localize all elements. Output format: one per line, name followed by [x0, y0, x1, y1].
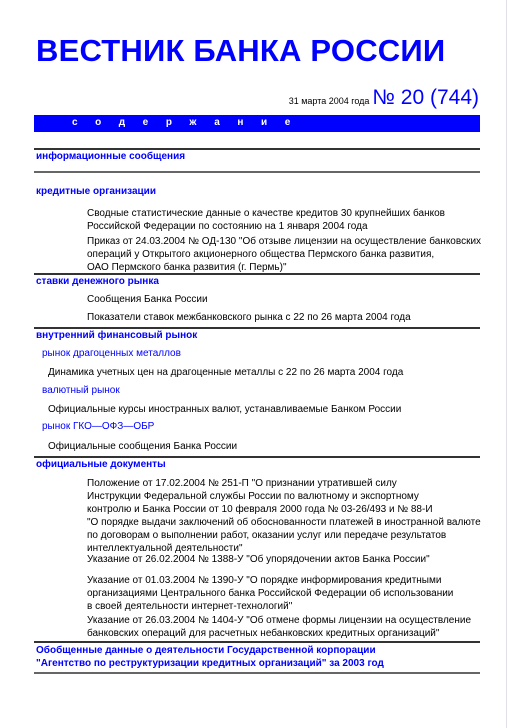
journal-title: ВЕСТНИК БАНКА РОССИИ: [36, 33, 445, 69]
contents-label: содержание: [72, 117, 308, 128]
divider: [34, 672, 480, 674]
toc-item-line: операций у Открытого акционерного общест…: [87, 248, 481, 261]
toc-item[interactable]: Указание от 26.03.2004 № 1404-У "Об отме…: [87, 614, 471, 640]
toc-item-line: Инструкции Федеральной службы России по …: [87, 490, 481, 503]
toc-item-line: Сводные статистические данные о качестве…: [87, 207, 445, 220]
toc-item-line: Указание от 26.02.2004 № 1388-У "Об упор…: [87, 553, 430, 566]
toc-item-line: Указание от 01.03.2004 № 1390-У "О поряд…: [87, 574, 453, 587]
section-info-messages[interactable]: информационные сообщения: [36, 151, 185, 162]
toc-item[interactable]: Сообщения Банка России: [87, 293, 208, 306]
section-title-line: Обобщенные данные о деятельности Государ…: [36, 644, 384, 657]
toc-item[interactable]: Приказ от 24.03.2004 № ОД-130 "Об отзыве…: [87, 235, 481, 274]
divider: [34, 171, 480, 173]
section-credit-organizations[interactable]: кредитные организации: [36, 186, 156, 197]
toc-item[interactable]: Официальные сообщения Банка России: [48, 440, 237, 453]
divider: [34, 148, 480, 150]
contents-banner: содержание: [34, 115, 480, 132]
toc-item[interactable]: Положение от 17.02.2004 № 251-П "О призн…: [87, 477, 481, 555]
divider: [34, 273, 480, 275]
toc-item-line: Официальные курсы иностранных валют, уст…: [48, 403, 401, 416]
section-official-documents[interactable]: официальные документы: [36, 459, 166, 470]
page-edge-divider: [506, 0, 507, 728]
subsection-precious-metals[interactable]: рынок драгоценных металлов: [42, 348, 181, 359]
toc-item-line: Сообщения Банка России: [87, 293, 208, 306]
subsection-gko-ofz-obr[interactable]: рынок ГКО—ОФЗ—ОБР: [42, 421, 154, 432]
section-deposit-insurance-agency[interactable]: Обобщенные данные о деятельности Государ…: [36, 644, 384, 670]
toc-item-line: банковских операций для расчетных небанк…: [87, 627, 471, 640]
toc-item-line: по договорам о выполнении работ, оказани…: [87, 529, 481, 542]
toc-item-line: Показатели ставок межбанковского рынка с…: [87, 311, 411, 324]
toc-item-line: Российской Федерации по состоянию на 1 я…: [87, 220, 445, 233]
toc-item-line: организациями Центрального банка Российс…: [87, 587, 453, 600]
toc-item[interactable]: Указание от 26.02.2004 № 1388-У "Об упор…: [87, 553, 430, 566]
divider: [34, 456, 480, 458]
divider: [34, 641, 480, 643]
issue-number: № 20 (744): [372, 86, 479, 109]
toc-item-line: Указание от 26.03.2004 № 1404-У "Об отме…: [87, 614, 471, 627]
divider: [34, 327, 480, 329]
toc-item[interactable]: Сводные статистические данные о качестве…: [87, 207, 445, 233]
toc-item[interactable]: Динамика учетных цен на драгоценные мета…: [48, 366, 403, 379]
toc-item-line: "О порядке выдачи заключений об обоснова…: [87, 516, 481, 529]
toc-item-line: контролю и Банка России от 10 февраля 20…: [87, 503, 481, 516]
section-domestic-financial-market[interactable]: внутренний финансовый рынок: [36, 330, 197, 341]
toc-item-line: Положение от 17.02.2004 № 251-П "О призн…: [87, 477, 481, 490]
toc-item-line: Динамика учетных цен на драгоценные мета…: [48, 366, 403, 379]
toc-item-line: Официальные сообщения Банка России: [48, 440, 237, 453]
issue-date: 31 марта 2004 года: [289, 96, 370, 106]
section-title-line: "Агентство по реструктуризации кредитных…: [36, 657, 384, 670]
toc-item-line: в своей деятельности интернет-технологий…: [87, 600, 453, 613]
toc-item[interactable]: Указание от 01.03.2004 № 1390-У "О поряд…: [87, 574, 453, 613]
toc-item[interactable]: Официальные курсы иностранных валют, уст…: [48, 403, 401, 416]
toc-item[interactable]: Показатели ставок межбанковского рынка с…: [87, 311, 411, 324]
toc-item-line: Приказ от 24.03.2004 № ОД-130 "Об отзыве…: [87, 235, 481, 248]
subsection-currency-market[interactable]: валютный рынок: [42, 385, 120, 396]
issue-line: 31 марта 2004 года№ 20 (744): [289, 86, 479, 110]
section-money-market-rates[interactable]: ставки денежного рынка: [36, 276, 159, 287]
